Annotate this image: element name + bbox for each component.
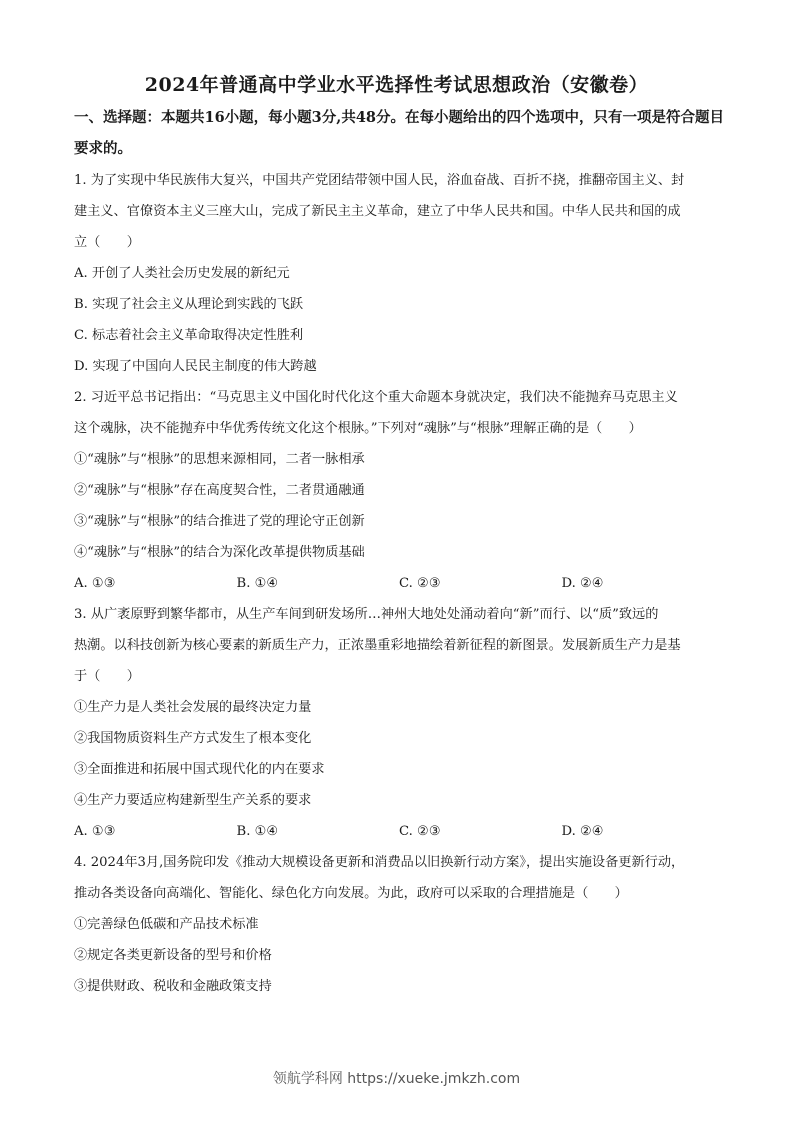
question-stem-line: 建主义、官僚资本主义三座大山，完成了新民主主义革命，建立了中华人民共和国。中华人… (74, 196, 724, 227)
option-b: B. ①④ (237, 816, 400, 847)
option-c: C. ②③ (399, 568, 562, 599)
document-page: 2024年普通高中学业水平选择性考试思想政治（安徽卷） 一、选择题：本题共16小… (0, 0, 793, 1122)
option-d: D. ②④ (562, 816, 725, 847)
section-heading: 一、选择题：本题共16小题，每小题3分,共48分。在每小题给出的四个选项中，只有… (74, 102, 724, 164)
question-stem-line: 1. 为了实现中华民族伟大复兴，中国共产党团结带领中国人民，浴血奋战、百折不挠，… (74, 165, 724, 196)
statement: ④“魂脉”与“根脉”的结合为深化改革提供物质基础 (74, 537, 724, 568)
option-a: A. 开创了人类社会历史发展的新纪元 (74, 258, 724, 289)
question-stem-line: 4. 2024年3月,国务院印发《推动大规模设备更新和消费品以旧换新行动方案》，… (74, 847, 724, 878)
statement: ①“魂脉”与“根脉”的思想来源相同，二者一脉相承 (74, 444, 724, 475)
statement: ③“魂脉”与“根脉”的结合推进了党的理论守正创新 (74, 506, 724, 537)
option-b: B. 实现了社会主义从理论到实践的飞跃 (74, 289, 724, 320)
question-stem-line: 热潮。以科技创新为核心要素的新质生产力，正浓墨重彩地描绘着新征程的新图景。发展新… (74, 630, 724, 661)
questions-container: 1. 为了实现中华民族伟大复兴，中国共产党团结带领中国人民，浴血奋战、百折不挠，… (74, 165, 724, 1002)
question-stem-line: 3. 从广袤原野到繁华都市，从生产车间到研发场所…神州大地处处涌动着向“新”而行… (74, 599, 724, 630)
statement: ①生产力是人类社会发展的最终决定力量 (74, 692, 724, 723)
option-c: C. 标志着社会主义革命取得决定性胜利 (74, 320, 724, 351)
statement: ③提供财政、税收和金融政策支持 (74, 971, 724, 1002)
statement: ②我国物质资料生产方式发生了根本变化 (74, 723, 724, 754)
question-stem-line: 推动各类设备向高端化、智能化、绿色化方向发展。为此，政府可以采取的合理措施是（ … (74, 878, 724, 909)
statement: ②规定各类更新设备的型号和价格 (74, 940, 724, 971)
options-row: A. ①③ B. ①④ C. ②③ D. ②④ (74, 816, 724, 847)
question-2: 2. 习近平总书记指出：“马克思主义中国化时代化这个重大命题本身就决定，我们决不… (74, 382, 724, 599)
statement: ③全面推进和拓展中国式现代化的内在要求 (74, 754, 724, 785)
question-stem-line: 2. 习近平总书记指出：“马克思主义中国化时代化这个重大命题本身就决定，我们决不… (74, 382, 724, 413)
option-b: B. ①④ (237, 568, 400, 599)
option-a: A. ①③ (74, 816, 237, 847)
question-1: 1. 为了实现中华民族伟大复兴，中国共产党团结带领中国人民，浴血奋战、百折不挠，… (74, 165, 724, 382)
question-stem-line: 这个魂脉，决不能抛弃中华优秀传统文化这个根脉。”下列对“魂脉”与“根脉”理解正确… (74, 413, 724, 444)
options-row: A. ①③ B. ①④ C. ②③ D. ②④ (74, 568, 724, 599)
statement: ①完善绿色低碳和产品技术标准 (74, 909, 724, 940)
question-stem-line: 立（ ） (74, 227, 724, 258)
question-3: 3. 从广袤原野到繁华都市，从生产车间到研发场所…神州大地处处涌动着向“新”而行… (74, 599, 724, 847)
footer-watermark: 领航学科网 https://xueke.jmkzh.com (0, 1068, 793, 1088)
statement: ④生产力要适应构建新型生产关系的要求 (74, 785, 724, 816)
question-stem-line: 于（ ） (74, 661, 724, 692)
statement: ②“魂脉”与“根脉”存在高度契合性，二者贯通融通 (74, 475, 724, 506)
question-4: 4. 2024年3月,国务院印发《推动大规模设备更新和消费品以旧换新行动方案》，… (74, 847, 724, 1002)
option-d: D. 实现了中国向人民民主制度的伟大跨越 (74, 351, 724, 382)
option-c: C. ②③ (399, 816, 562, 847)
option-a: A. ①③ (74, 568, 237, 599)
page-title: 2024年普通高中学业水平选择性考试思想政治（安徽卷） (0, 70, 793, 97)
option-d: D. ②④ (562, 568, 725, 599)
